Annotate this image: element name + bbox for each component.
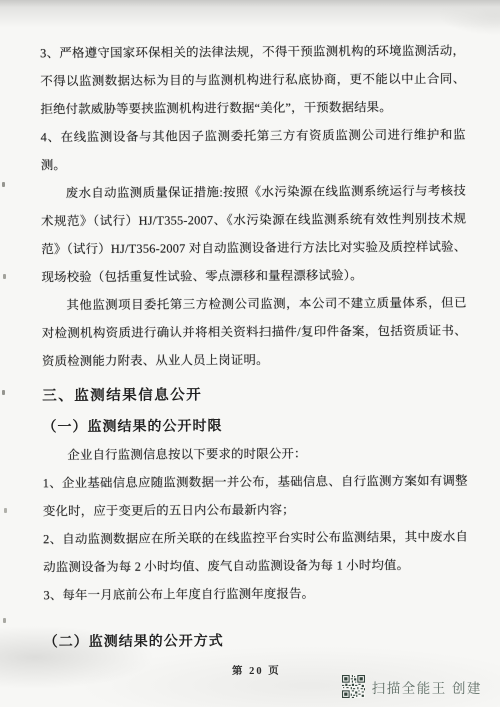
- section-heading-3: 三、监测结果信息公开: [42, 379, 467, 412]
- paragraph-rule-4: 4、在线监测设备与其他因子监测委托第三方有资质监测公司进行维护和监测。: [41, 121, 466, 180]
- camscanner-watermark: 扫描全能王 创建: [342, 675, 482, 698]
- paragraph-disclosure-intro: 企业自行监测信息按以下要求的时限公开：: [43, 439, 468, 470]
- list-item-3: 3、每年一月底前公布上年度自行监测年度报告。: [43, 579, 468, 610]
- document-body: 3、严格遵守国家环保相关的法律法规，不得干预监测机构的环境监测活动，不得以监测数…: [40, 37, 469, 680]
- list-item-2: 2、自动监测数据应在所关联的在线监控平台实时公布监测结果，其中废水自动监测设备为…: [43, 523, 468, 582]
- watermark-label: 扫描全能王 创建: [372, 677, 482, 697]
- paragraph-rule-3: 3、严格遵守国家环保相关的法律法规，不得干预监测机构的环境监测活动，不得以监测数…: [40, 37, 466, 124]
- list-item-1: 1、企业基础信息应随监测数据一并公布，基础信息、自行监测方案如有调整变化时，应于…: [43, 467, 468, 526]
- subsection-heading-3-2: （二）监测结果的公开方式: [44, 624, 469, 657]
- paragraph-other-monitoring: 其他监测项目委托第三方检测公司监测，本公司不建立质量体系，但已对检测机构资质进行…: [42, 289, 468, 376]
- subsection-heading-3-1: （一）监测结果的公开时限: [42, 409, 467, 442]
- paragraph-wastewater-qa: 废水自动监测质量保证措施:按照《水污染源在线监测系统运行与考核技术规范》（试行）…: [41, 177, 467, 292]
- qr-code-icon: [342, 675, 365, 698]
- scanned-document-page: 3、严格遵守国家环保相关的法律法规，不得干预监测机构的环境监测活动，不得以监测数…: [0, 0, 500, 707]
- scan-noise-specks: [2, 182, 5, 187]
